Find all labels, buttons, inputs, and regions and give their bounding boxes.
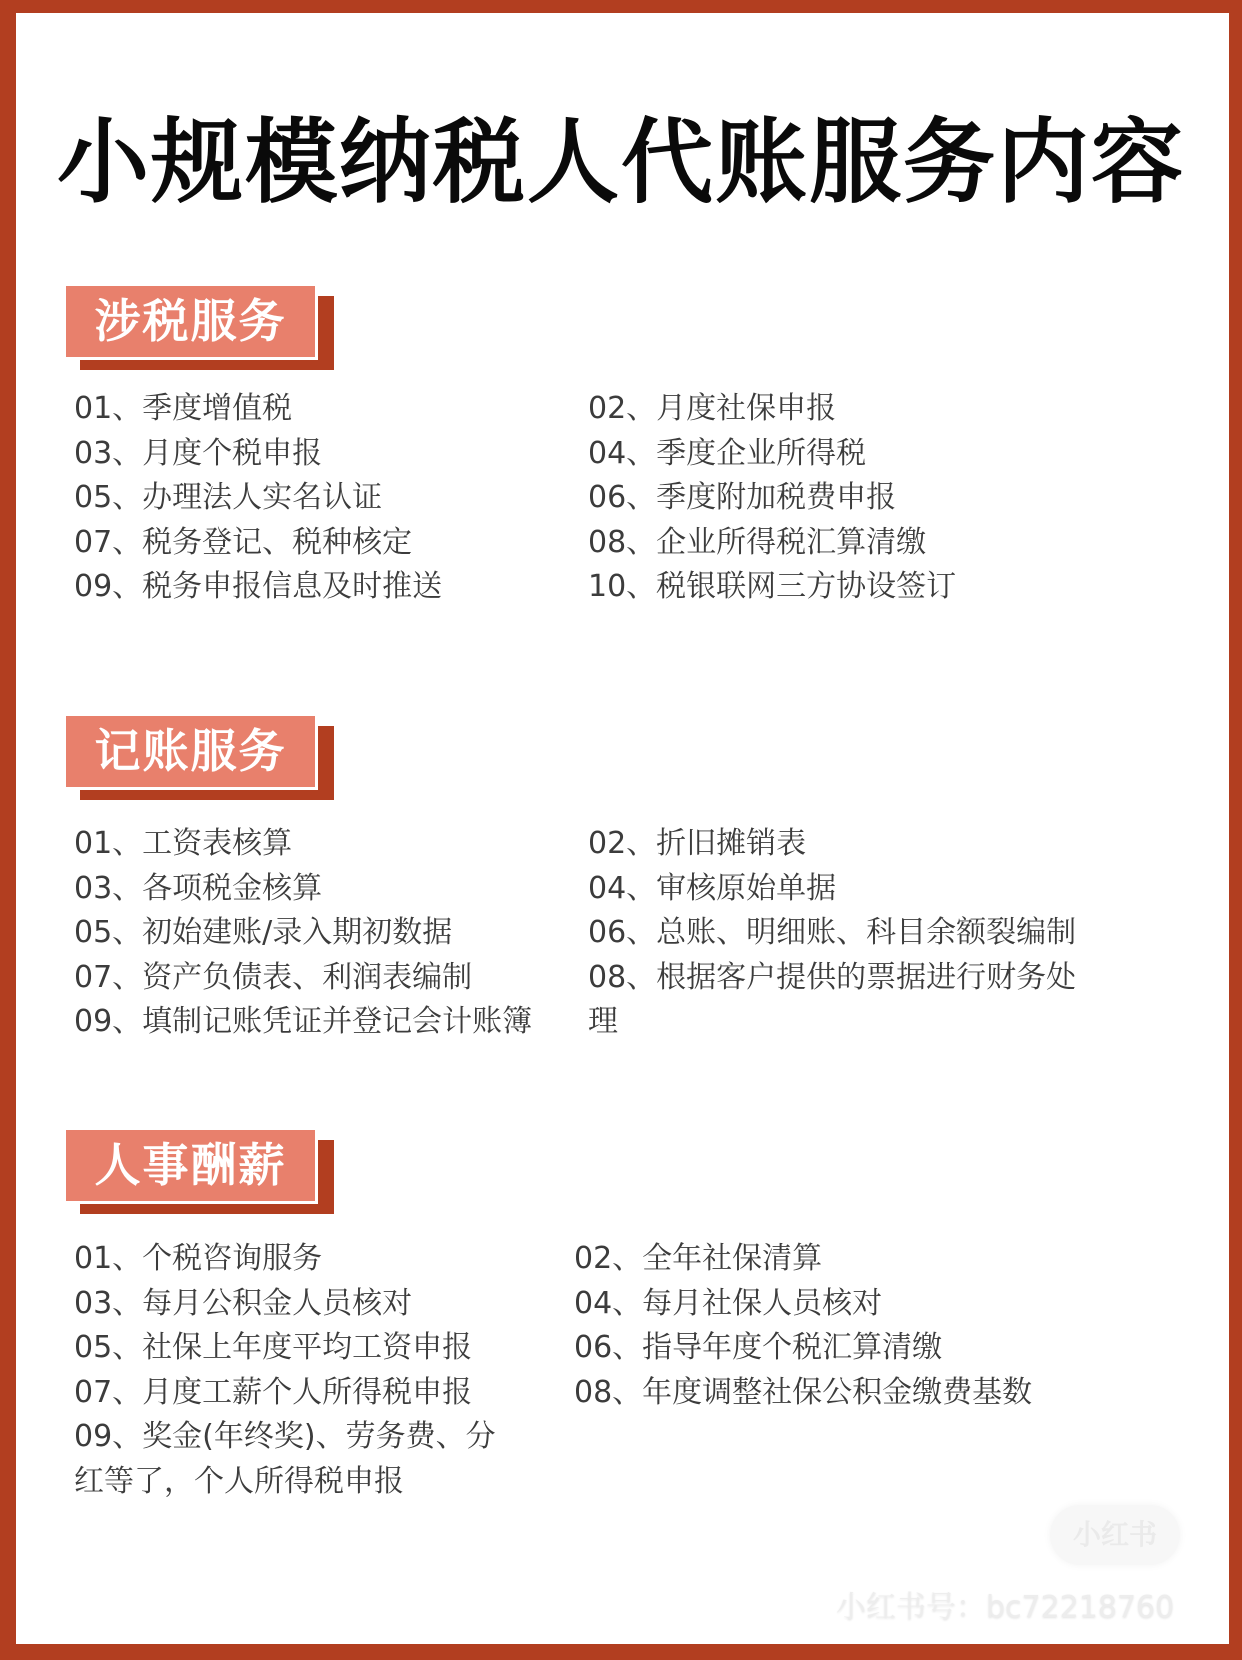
list-item: 06、季度附加税费申报 [588,476,1202,521]
hr-payroll-list: 01、个税咨询服务 02、全年社保清算 03、每月公积金人员核对 04、每月社保… [74,1237,1202,1504]
watermark-logo: 小红书 [1050,1505,1180,1565]
list-item: 04、审核原始单据 [588,867,1202,912]
list-row: 07、资产负债表、利润表编制 08、根据客户提供的票据进行财务处 [74,956,1202,1001]
list-item: 05、办理法人实名认证 [74,476,588,521]
list-item: 09、税务申报信息及时推送 [74,565,588,610]
list-item: 08、根据客户提供的票据进行财务处 [588,956,1202,1001]
list-row: 01、个税咨询服务 02、全年社保清算 [74,1237,1202,1282]
list-row: 01、季度增值税 02、月度社保申报 [74,387,1202,432]
list-row: 09、税务申报信息及时推送 10、税银联网三方协设签订 [74,565,1202,610]
list-item: 04、季度企业所得税 [588,432,1202,477]
list-item [574,1415,1202,1460]
list-item: 03、每月公积金人员核对 [74,1282,574,1327]
list-item: 07、资产负债表、利润表编制 [74,956,588,1001]
list-item: 02、全年社保清算 [574,1237,1202,1282]
list-item: 理 [588,1000,1202,1045]
list-item: 09、奖金(年终奖)、劳务费、分 [74,1415,574,1460]
list-item: 07、月度工薪个人所得税申报 [74,1371,574,1416]
list-item: 06、总账、明细账、科目余额裂编制 [588,911,1202,956]
list-item: 01、工资表核算 [74,822,588,867]
list-row: 01、工资表核算 02、折旧摊销表 [74,822,1202,867]
list-item: 03、月度个税申报 [74,432,588,477]
list-row: 07、税务登记、税种核定 08、企业所得税汇算清缴 [74,521,1202,566]
list-item: 09、填制记账凭证并登记会计账簿 [74,1000,588,1045]
list-row: 03、每月公积金人员核对 04、每月社保人员核对 [74,1282,1202,1327]
list-row: 红等了，个人所得税申报 [74,1460,1202,1505]
bookkeeping-services-list: 01、工资表核算 02、折旧摊销表 03、各项税金核算 04、审核原始单据 05… [74,822,1202,1045]
list-item [574,1460,1202,1505]
list-item: 04、每月社保人员核对 [574,1282,1202,1327]
section-heading: 人事酬薪 [66,1130,318,1204]
section-heading: 记账服务 [66,716,318,790]
list-row: 03、月度个税申报 04、季度企业所得税 [74,432,1202,477]
tax-services-list: 01、季度增值税 02、月度社保申报 03、月度个税申报 04、季度企业所得税 … [74,387,1202,610]
list-item: 01、个税咨询服务 [74,1237,574,1282]
list-item: 红等了，个人所得税申报 [74,1460,574,1505]
list-item: 02、月度社保申报 [588,387,1202,432]
section-badge-bookkeeping-services: 记账服务 [66,716,334,800]
list-item: 06、指导年度个税汇算清缴 [574,1326,1202,1371]
list-row: 09、填制记账凭证并登记会计账簿 理 [74,1000,1202,1045]
watermark-account-id: 小红书号：bc72218760 [836,1582,1174,1626]
list-item: 02、折旧摊销表 [588,822,1202,867]
list-item: 08、年度调整社保公积金缴费基数 [574,1371,1202,1416]
list-item: 05、社保上年度平均工资申报 [74,1326,574,1371]
list-item: 07、税务登记、税种核定 [74,521,588,566]
list-item: 01、季度增值税 [74,387,588,432]
list-row: 05、办理法人实名认证 06、季度附加税费申报 [74,476,1202,521]
list-row: 05、初始建账/录入期初数据 06、总账、明细账、科目余额裂编制 [74,911,1202,956]
list-row: 03、各项税金核算 04、审核原始单据 [74,867,1202,912]
list-row: 05、社保上年度平均工资申报 06、指导年度个税汇算清缴 [74,1326,1202,1371]
section-heading: 涉税服务 [66,286,318,360]
page-title: 小规模纳税人代账服务内容 [0,108,1242,218]
list-item: 10、税银联网三方协设签订 [588,565,1202,610]
list-row: 07、月度工薪个人所得税申报 08、年度调整社保公积金缴费基数 [74,1371,1202,1416]
list-row: 09、奖金(年终奖)、劳务费、分 [74,1415,1202,1460]
list-item: 03、各项税金核算 [74,867,588,912]
list-item: 08、企业所得税汇算清缴 [588,521,1202,566]
section-badge-hr-payroll: 人事酬薪 [66,1130,334,1214]
section-badge-tax-services: 涉税服务 [66,286,334,370]
list-item: 05、初始建账/录入期初数据 [74,911,588,956]
